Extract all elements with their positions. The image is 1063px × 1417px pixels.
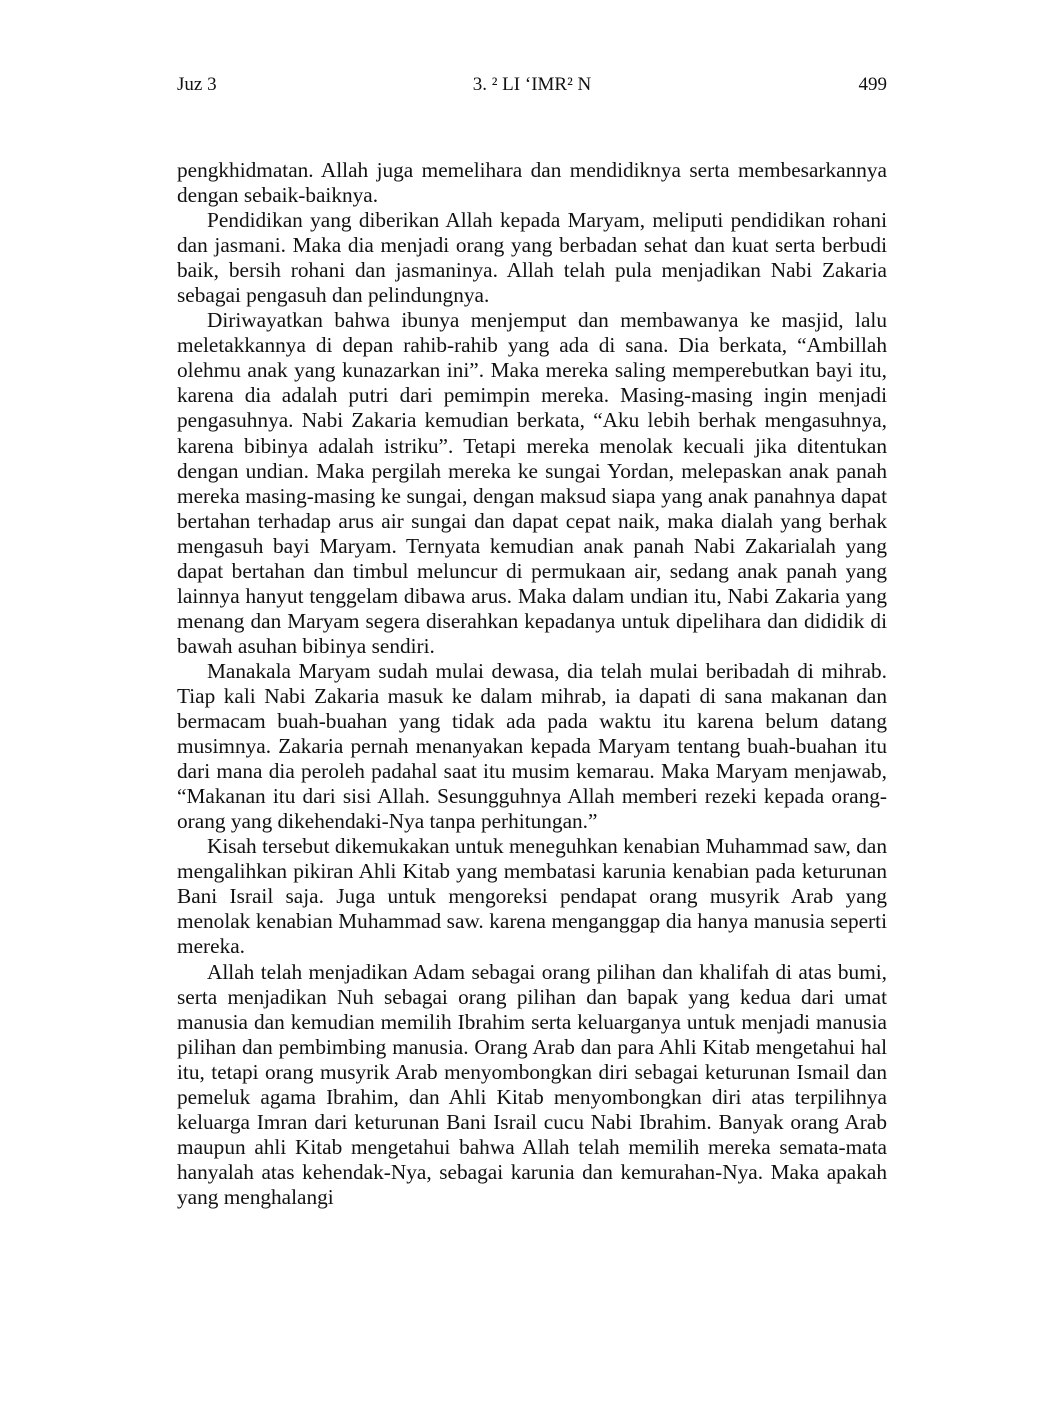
paragraph-chosen-people: Allah telah menjadikan Adam sebagai oran…	[177, 960, 887, 1210]
paragraph-prophethood: Kisah tersebut dikemukakan untuk meneguh…	[177, 834, 887, 959]
document-page: Juz 3 3. ² LI ‘IMR² N 499 pengkhidmatan.…	[0, 0, 1063, 1417]
body-text: pengkhidmatan. Allah juga memelihara dan…	[177, 158, 887, 1210]
surah-title: 3. ² LI ‘IMR² N	[177, 72, 887, 98]
paragraph-education: Pendidikan yang diberikan Allah kepada M…	[177, 208, 887, 308]
paragraph-continuation: pengkhidmatan. Allah juga memelihara dan…	[177, 158, 887, 208]
paragraph-mihrab: Manakala Maryam sudah mulai dewasa, dia …	[177, 659, 887, 834]
page-number: 499	[859, 72, 888, 98]
paragraph-lottery-story: Diriwayatkan bahwa ibunya menjemput dan …	[177, 308, 887, 659]
running-header: Juz 3 3. ² LI ‘IMR² N 499	[177, 72, 887, 98]
